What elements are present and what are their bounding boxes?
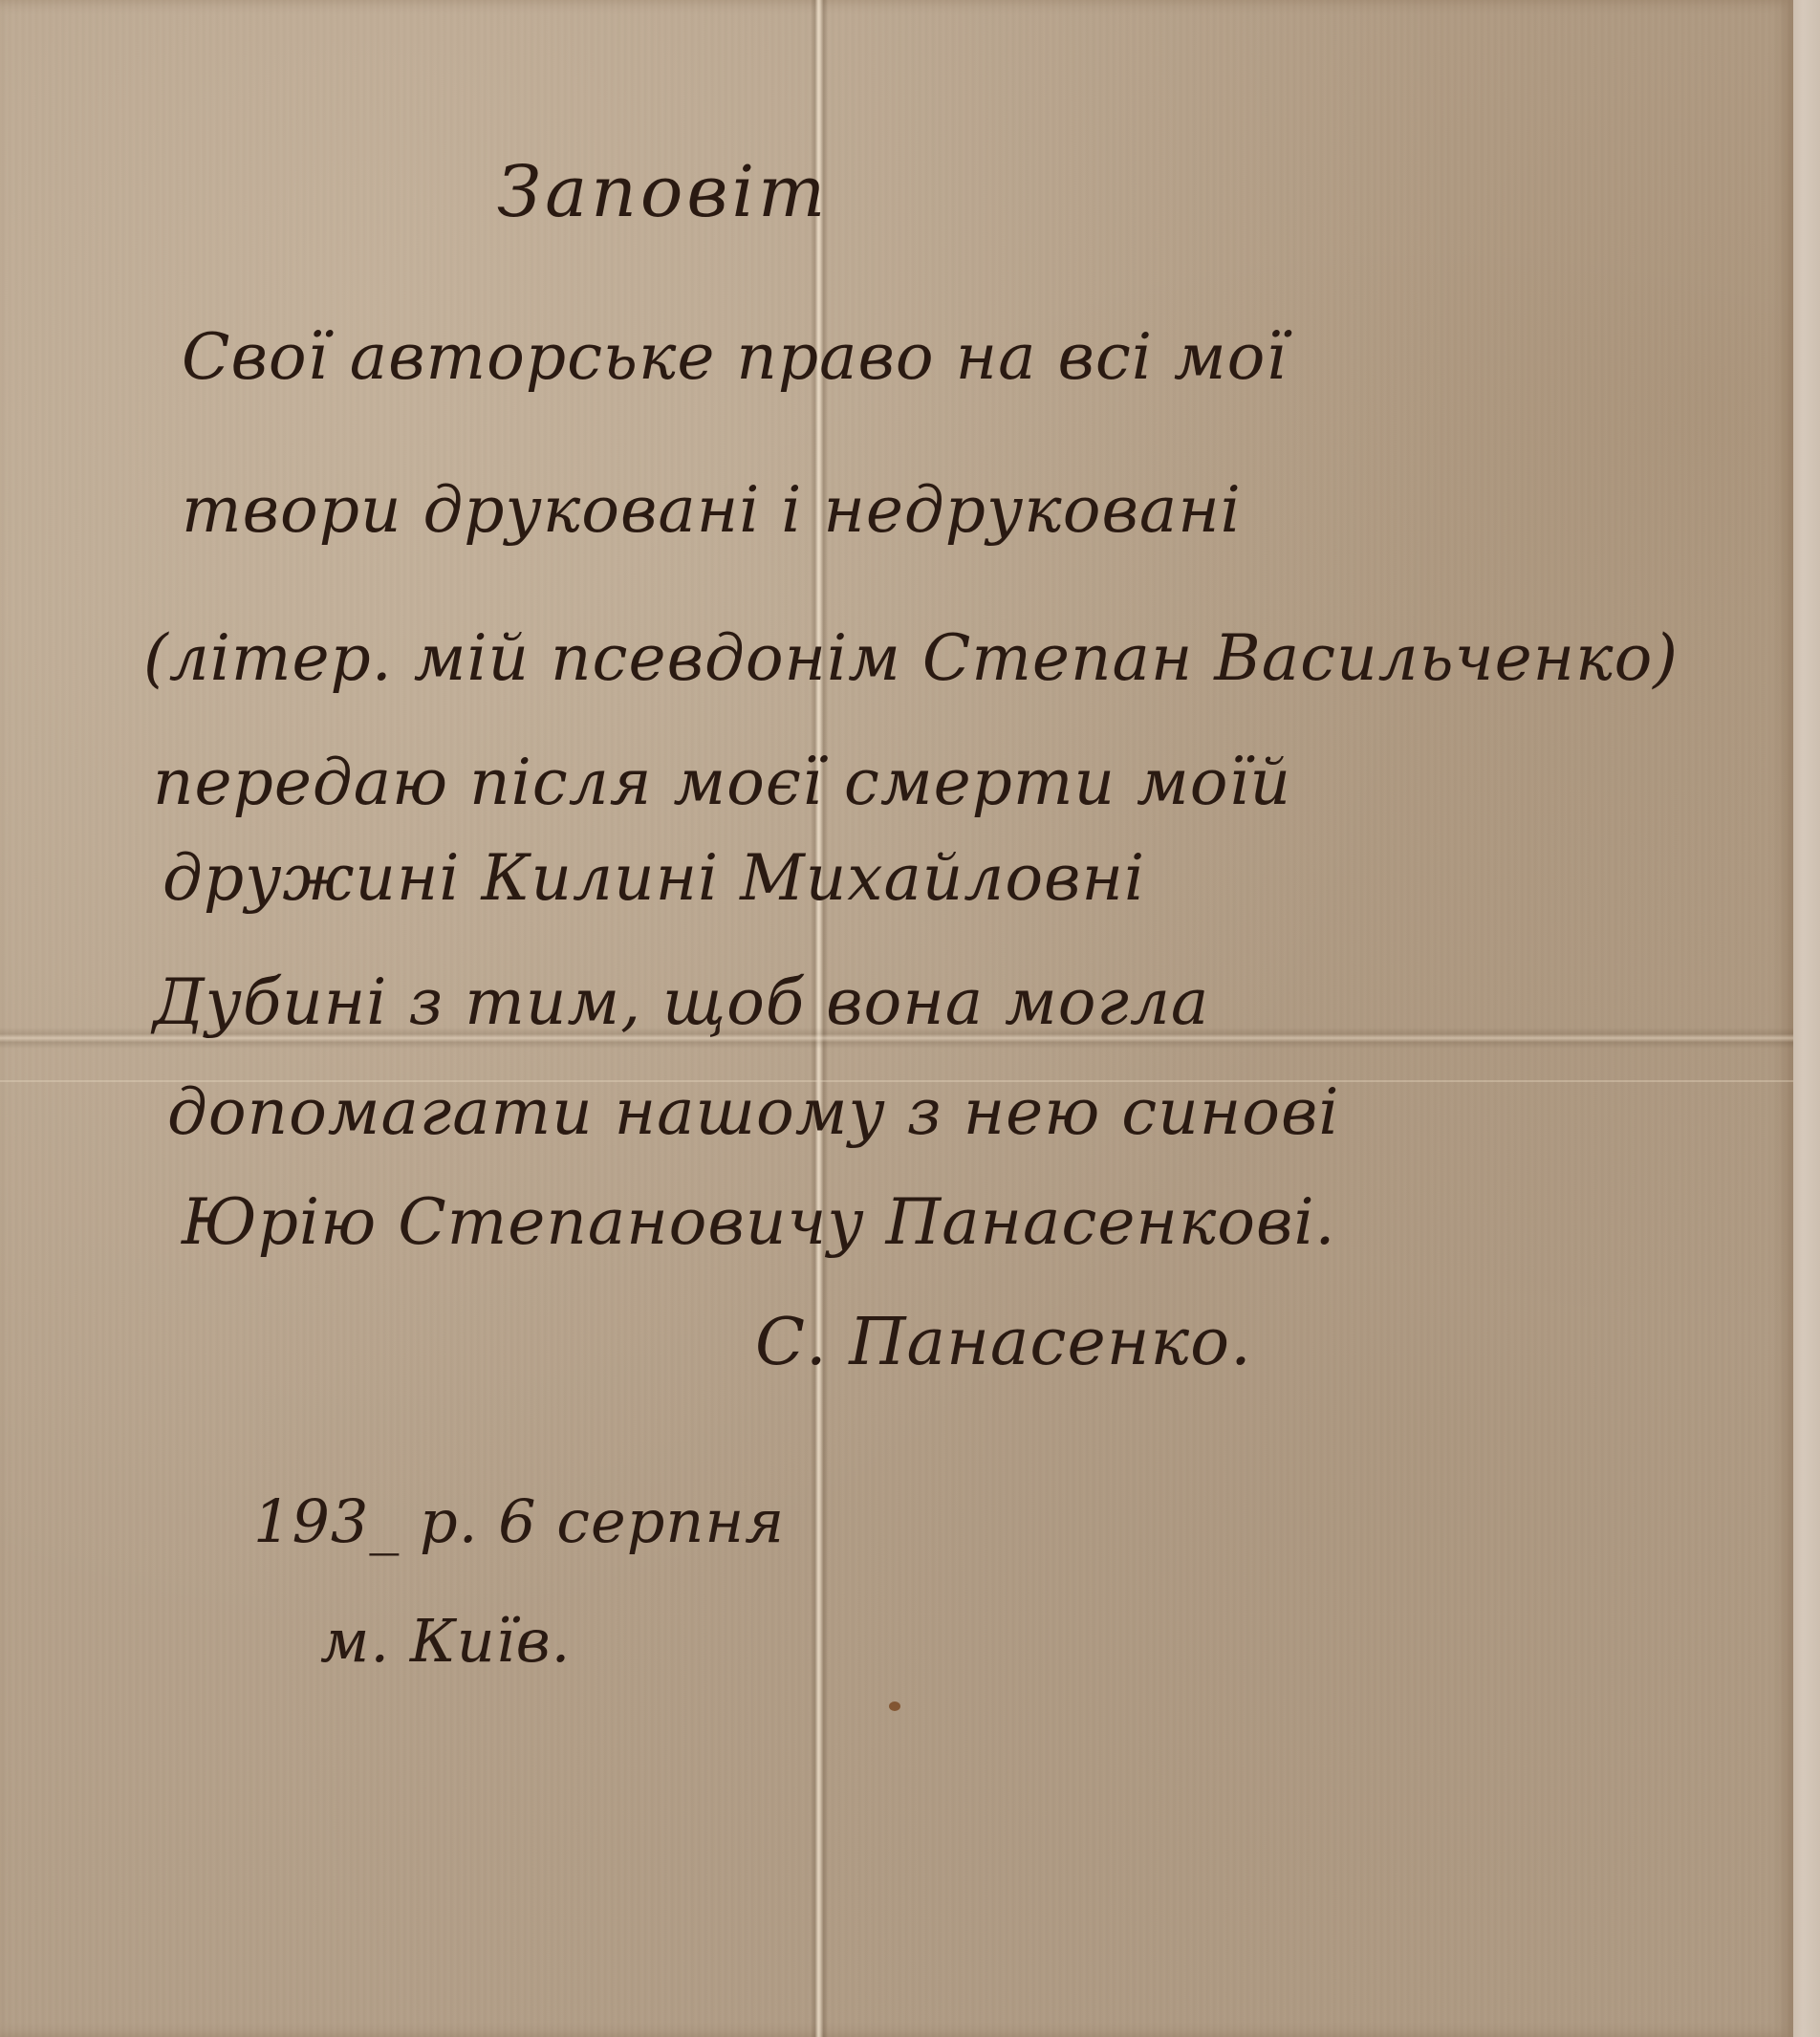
body-line-7: допомагати нашому з нею синові xyxy=(167,1075,1340,1149)
photo-stage: Заповіт Свої авторське право на всі мої … xyxy=(0,0,1820,2037)
document-place: м. Київ. xyxy=(320,1606,571,1676)
signature: С. Панасенко. xyxy=(755,1305,1252,1380)
document-title: Заповіт xyxy=(497,151,829,233)
document-date: 193_ р. 6 серпня xyxy=(253,1486,785,1556)
frame-mat xyxy=(1791,0,1820,2037)
body-line-5: дружині Килині Михайловні xyxy=(162,841,1145,915)
body-line-4: передаю після моєї смерти моїй xyxy=(153,746,1291,819)
body-line-2: твори друковані і недруковані xyxy=(182,473,1242,547)
body-line-6: Дубині з тим, щоб вона могла xyxy=(153,965,1209,1039)
body-line-1: Свої авторське право на всі мої xyxy=(182,320,1287,394)
ink-stain xyxy=(889,1701,900,1711)
body-line-8: Юрію Степановичу Панасенкові. xyxy=(182,1185,1336,1259)
body-line-3: (літер. мій псевдонім Степан Васильченко… xyxy=(143,621,1679,695)
aged-paper-sheet: Заповіт Свої авторське право на всі мої … xyxy=(0,0,1793,2037)
